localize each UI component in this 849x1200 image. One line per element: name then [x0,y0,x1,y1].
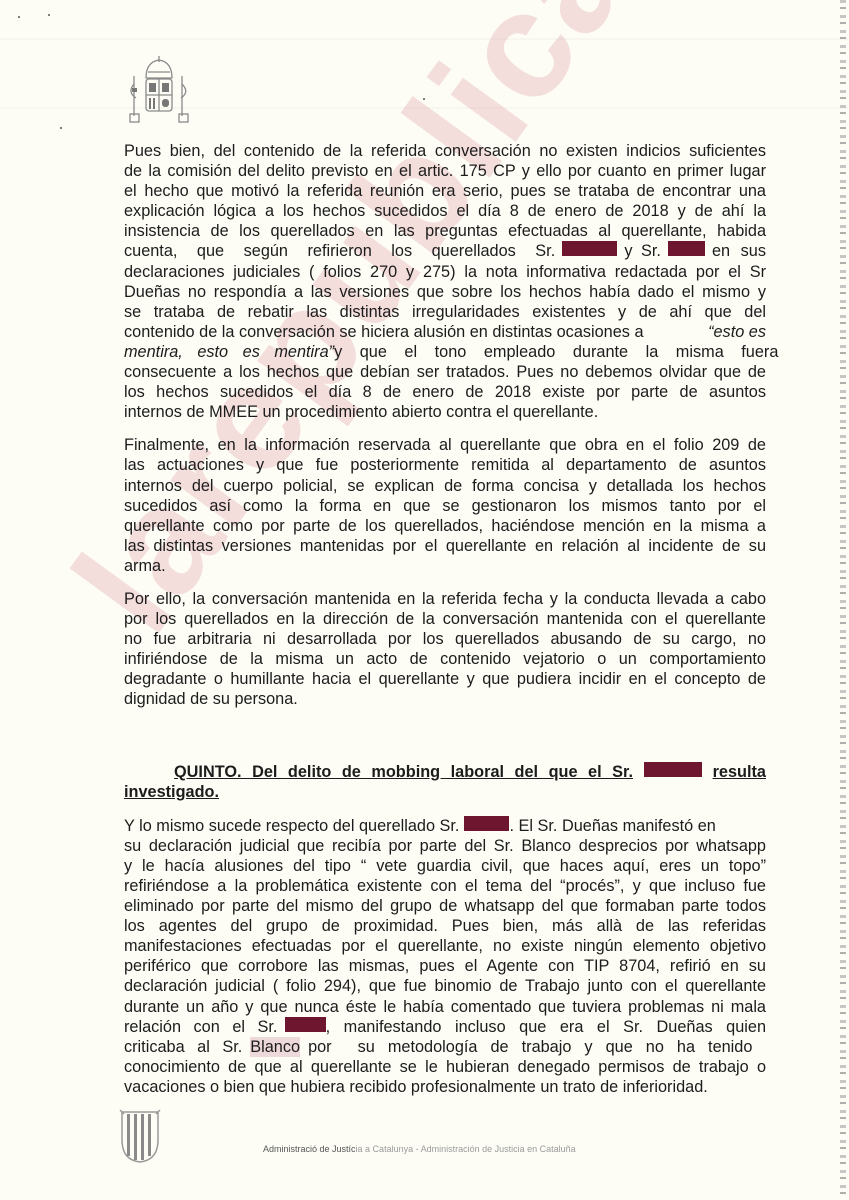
text-line: eliminado por parte del mismo del grupo … [124,896,766,916]
text-line: cuenta, que según refirieron los querell… [124,241,766,261]
text-line: no fue arbitraria ni desarrollada por lo… [124,629,766,649]
coat-of-arms-spain-icon [124,54,194,130]
text-line: manifestaciones efectuadas por el querel… [124,936,766,956]
heading-line: investigado. [124,782,766,802]
text-line: refiriéndose a la problemática existente… [124,876,766,896]
text-line: los agentes del grupo de proximidad. Pue… [124,916,766,936]
text-line: Y lo mismo sucede respecto del querellad… [124,816,766,836]
text-line: Finalmente, en la información reservada … [124,435,766,455]
scan-artifact [0,38,849,40]
text-fragment: , manifestando incluso que era el Sr. Du… [326,1017,766,1037]
text-line: el hecho que motivó la referida reunión … [124,181,766,201]
redaction-block [285,1017,325,1032]
redaction-block [668,241,705,256]
text-fragment: contenido de la conversación se hiciera … [124,322,644,342]
text-line: sucedidos así como la forma en que se ge… [124,496,766,516]
text-line: de la comisión del delito previsto en el… [124,161,766,181]
text-fragment: . El Sr. Dueñas manifestó en [509,816,715,836]
text-line: vacaciones o bien que hubiera recibido p… [124,1077,766,1097]
text-line: periférico que corrobore las mismas, pue… [124,956,766,976]
highlighted-name: Blanco [250,1037,300,1057]
paragraph: Por ello, la conversación mantenida en l… [124,589,766,710]
scanned-document-page: larepublica.cat Pues bien, del contenido… [0,0,849,1200]
text-line: las actuaciones y que fue posteriormente… [124,455,766,475]
text-fragment: y Sr. [624,241,661,261]
text-line: insistencia de los querellados en las pr… [124,221,766,241]
text-line: durante un año y que nunca éste le había… [124,997,766,1017]
text-line: contenido de la conversación se hiciera … [124,322,766,342]
text-line: mentira, esto es mentira” y que el tono … [124,342,766,362]
text-line: internos de MMEE un procedimiento abiert… [124,402,766,422]
text-line: conocimiento de que al querellante se le… [124,1057,766,1077]
text-line: declaración judicial ( folio 294), que f… [124,976,766,996]
paragraph: Finalmente, en la información reservada … [124,435,766,576]
speck [423,98,425,100]
quoted-text: “esto es [708,322,766,342]
speck [60,127,62,129]
text-fragment: en sus [712,241,766,261]
text-line: degradante o humillante hacia el querell… [124,669,766,689]
paragraph: Y lo mismo sucede respecto del querellad… [124,816,766,1097]
text-fragment: por su metodología de trabajo y que no h… [308,1037,752,1057]
text-line: relación con el Sr. , manifestando inclu… [124,1017,766,1037]
paragraph: Pues bien, del contenido de la referida … [124,141,766,422]
section-heading: QUINTO. Del delito de mobbing laboral de… [124,762,766,802]
text-line: explicación lógica a los hechos sucedido… [124,201,766,221]
heading-text: resulta [713,762,766,782]
text-line: Por ello, la conversación mantenida en l… [124,589,766,609]
page-edge-scan-artifact [840,0,846,1200]
text-line: querellante como por parte de los querel… [124,516,766,536]
document-body: Pues bien, del contenido de la referida … [124,141,766,1110]
text-line: consecuente a los hechos que debían ser … [124,362,766,382]
text-line: Dueñas no respondía a las versiones que … [124,282,766,302]
text-line: internos del cuerpo policial, se explica… [124,476,766,496]
text-line: y le hacía alusiones del tipo “ vete gua… [124,856,766,876]
text-line: su declaración judicial que recibía por … [124,836,766,856]
text-line: por los querellados en la dirección de l… [124,609,766,629]
redaction-block [562,241,617,256]
heading-line: QUINTO. Del delito de mobbing laboral de… [124,762,766,782]
text-line: las distintas versiones mantenidas por e… [124,536,766,556]
footer-text-secondary: ia a Catalunya - Administración de Justi… [356,1144,576,1154]
text-fragment: relación con el Sr. [124,1017,277,1037]
text-fragment: criticaba al Sr. [124,1037,242,1057]
footer-text: Administració de Justícia a Catalunya - … [263,1144,576,1154]
text-line: los hechos sucedidos el día 8 de enero d… [124,382,766,402]
text-line: infiriéndose de la misma un acto de cont… [124,649,766,669]
heading-text: QUINTO. Del delito de mobbing laboral de… [174,762,633,782]
text-line: se trataba de rebatir las distintas irre… [124,302,766,322]
text-line: dignidad de su persona. [124,689,766,709]
speck [18,16,20,18]
redaction-block [644,762,702,777]
text-fragment: Y lo mismo sucede respecto del querellad… [124,816,459,836]
text-line: criticaba al Sr. Blanco por su metodolog… [124,1037,766,1057]
quoted-text: mentira, esto es mentira” [124,342,334,362]
redaction-block [464,816,509,831]
text-line: Pues bien, del contenido de la referida … [124,141,766,161]
senyera-shield-icon [118,1108,162,1164]
text-line: declaraciones judiciales ( folios 270 y … [124,262,766,282]
footer-text-primary: Administració de Justíc [263,1144,356,1154]
speck [48,14,50,16]
text-fragment: cuenta, que según refirieron los querell… [124,241,555,261]
text-fragment: y que el tono empleado durante la misma … [334,342,778,362]
text-line: arma. [124,556,766,576]
